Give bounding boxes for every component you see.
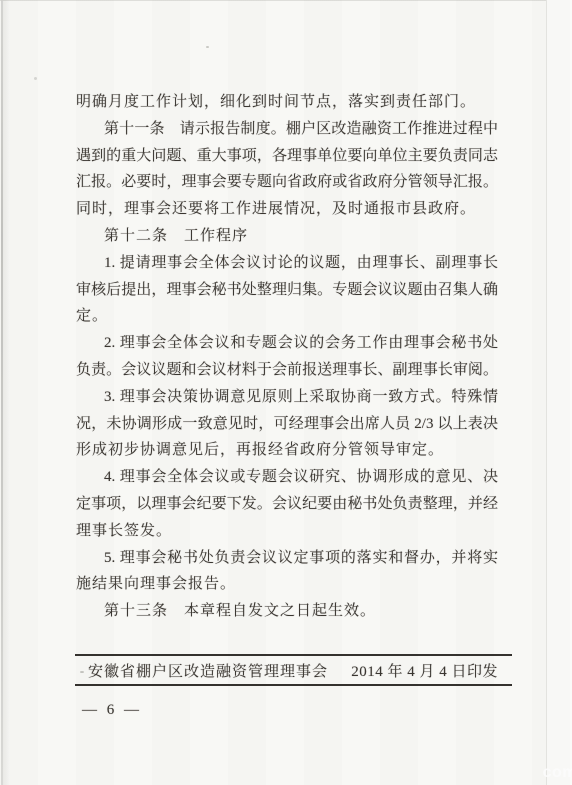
text-line: 定事项，以理事会纪要下发。会议纪要由秘书处负责整理，并经 bbox=[76, 491, 498, 518]
footer-print-date: 2014 年 4 月 4 日印发 bbox=[351, 660, 498, 681]
text-line: 汇报。必要时，理事会要专题向省政府或省政府分管领导汇报。 bbox=[76, 169, 498, 196]
text-line: 同时，理事会还要将工作进展情况，及时通报市县政府。 bbox=[76, 196, 498, 223]
text-line-item-2: 2. 理事会全体会议和专题会议的会务工作由理事会秘书处 bbox=[76, 330, 498, 357]
document-body: 明确月度工作计划，细化到时间节点，落实到责任部门。 第十一条 请示报告制度。棚户… bbox=[76, 89, 498, 625]
text-line: 负责。会议议题和会议材料于会前报送理事长、副理事长审阅。 bbox=[76, 357, 498, 384]
text-line-item-3: 3. 理事会决策协调意见原则上采取协商一致方式。特殊情 bbox=[76, 384, 498, 411]
watermark-text: com bbox=[543, 764, 572, 782]
scan-edge-right-line bbox=[546, 0, 547, 785]
footer-issuer-name: 安徽省棚户区改造融资管理理事会 bbox=[88, 660, 328, 681]
scan-speck bbox=[34, 77, 37, 80]
scan-edge-right-area bbox=[547, 0, 572, 785]
scan-edge-left-shadow bbox=[3, 0, 10, 785]
text-line-article-11: 第十一条 请示报告制度。棚户区改造融资工作推进过程中 bbox=[76, 116, 498, 143]
text-line: 明确月度工作计划，细化到时间节点，落实到责任部门。 bbox=[76, 89, 498, 116]
text-line: 理事长签发。 bbox=[76, 518, 498, 545]
text-line: 定。 bbox=[76, 303, 498, 330]
text-line: 施结果向理事会报告。 bbox=[76, 571, 498, 598]
scan-edge-top bbox=[0, 0, 572, 1]
scanned-document-page: 明确月度工作计划，细化到时间节点，落实到责任部门。 第十一条 请示报告制度。棚户… bbox=[0, 0, 572, 785]
text-line: 况，未协调形成一致意见时，可经理事会出席人员 2/3 以上表决 bbox=[76, 411, 498, 438]
text-line: 遇到的重大问题、重大事项，各理事单位要向单位主要负责同志 bbox=[76, 143, 498, 170]
text-line-article-13: 第十三条 本章程自发文之日起生效。 bbox=[76, 598, 498, 625]
text-line: 审核后提出，理事会秘书处整理归集。专题会议议题由召集人确 bbox=[76, 277, 498, 304]
text-line-item-4: 4. 理事会全体会议或专题会议研究、协调形成的意见、决 bbox=[76, 464, 498, 491]
text-line-article-12: 第十二条 工作程序 bbox=[76, 223, 498, 250]
text-line: 形成初步协调意见后，再报经省政府分管领导审定。 bbox=[76, 437, 498, 464]
footer-rule-bar: 安徽省棚户区改造融资管理理事会 2014 年 4 月 4 日印发 bbox=[75, 654, 512, 686]
scan-speck bbox=[206, 46, 209, 48]
page-number: — 6 — bbox=[82, 702, 142, 719]
text-line-item-1: 1. 提请理事会全体会议讨论的议题，由理事长、副理事长 bbox=[76, 250, 498, 277]
text-line-item-5: 5. 理事会秘书处负责会议议定事项的落实和督办，并将实 bbox=[76, 545, 498, 572]
